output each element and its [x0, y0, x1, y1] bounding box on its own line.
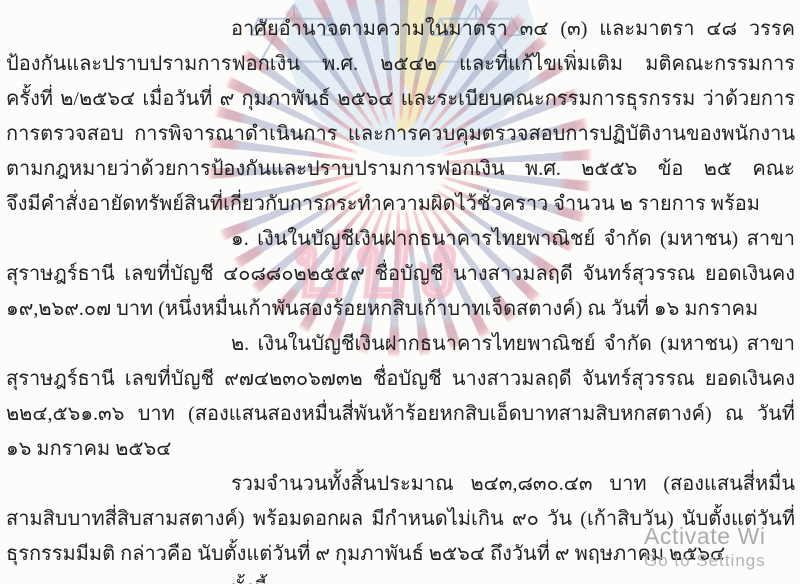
document-line: รวมจำนวนทั้งสิ้นประมาณ ๒๔๓,๘๓๐.๔๓ บาท (ส… — [6, 467, 795, 502]
document-line: จึงมีคำสั่งอายัดทรัพย์สินที่เกี่ยวกับการ… — [6, 187, 795, 222]
document-line: สุราษฎร์ธานี เลขที่บัญชี ๔๐๘๘๐๒๒๕๕๙ ชื่อ… — [6, 257, 795, 292]
document-line: ๑๙,๒๖๙.๐๗ บาท (หนึ่งหมื่นเก้าพันสองร้อยห… — [6, 292, 795, 327]
document-line: ๒. เงินในบัญชีเงินฝากธนาคารไทยพาณิชย์ จำ… — [6, 327, 795, 362]
document-line: ๑. เงินในบัญชีเงินฝากธนาคารไทยพาณิชย์ จำ… — [6, 222, 795, 257]
document-line: การตรวจสอบ การพิจารณาดำเนินการ และการควบ… — [6, 117, 795, 152]
document-line: ๒๒๔,๕๖๑.๓๖ บาท (สองแสนสองหมื่นสี่พันห้าร… — [6, 397, 795, 432]
activate-windows-text: Activate Wi — [644, 522, 766, 550]
windows-activation-watermark: Activate Wi Go to Settings — [644, 522, 766, 572]
go-to-settings-text: Go to Settings — [644, 550, 766, 572]
document-line: ตามกฎหมายว่าด้วยการป้องกันและปราบปรามการ… — [6, 152, 795, 187]
document-line: ทั้งนี้ — [6, 572, 795, 584]
document-line: ๑๖ มกราคม ๒๕๖๔ — [6, 432, 795, 467]
document-line: อาศัยอำนาจตามความในมาตรา ๓๔ (๓) และมาตรา… — [6, 12, 795, 47]
document-line: สุราษฎร์ธานี เลขที่บัญชี ๙๗๔๒๓๐๖๗๓๒ ชื่อ… — [6, 362, 795, 397]
document-page: ปปง อาศัยอำนาจตามความในมาตรา ๓๔ (๓) และม… — [0, 0, 800, 584]
document-line: ป้องกันและปราบปรามการฟอกเงิน พ.ศ. ๒๕๔๒ แ… — [6, 47, 795, 82]
document-line: ครั้งที่ ๒/๒๕๖๔ เมื่อวันที่ ๙ กุมภาพันธ์… — [6, 82, 795, 117]
document-text-block: อาศัยอำนาจตามความในมาตรา ๓๔ (๓) และมาตรา… — [6, 12, 795, 584]
